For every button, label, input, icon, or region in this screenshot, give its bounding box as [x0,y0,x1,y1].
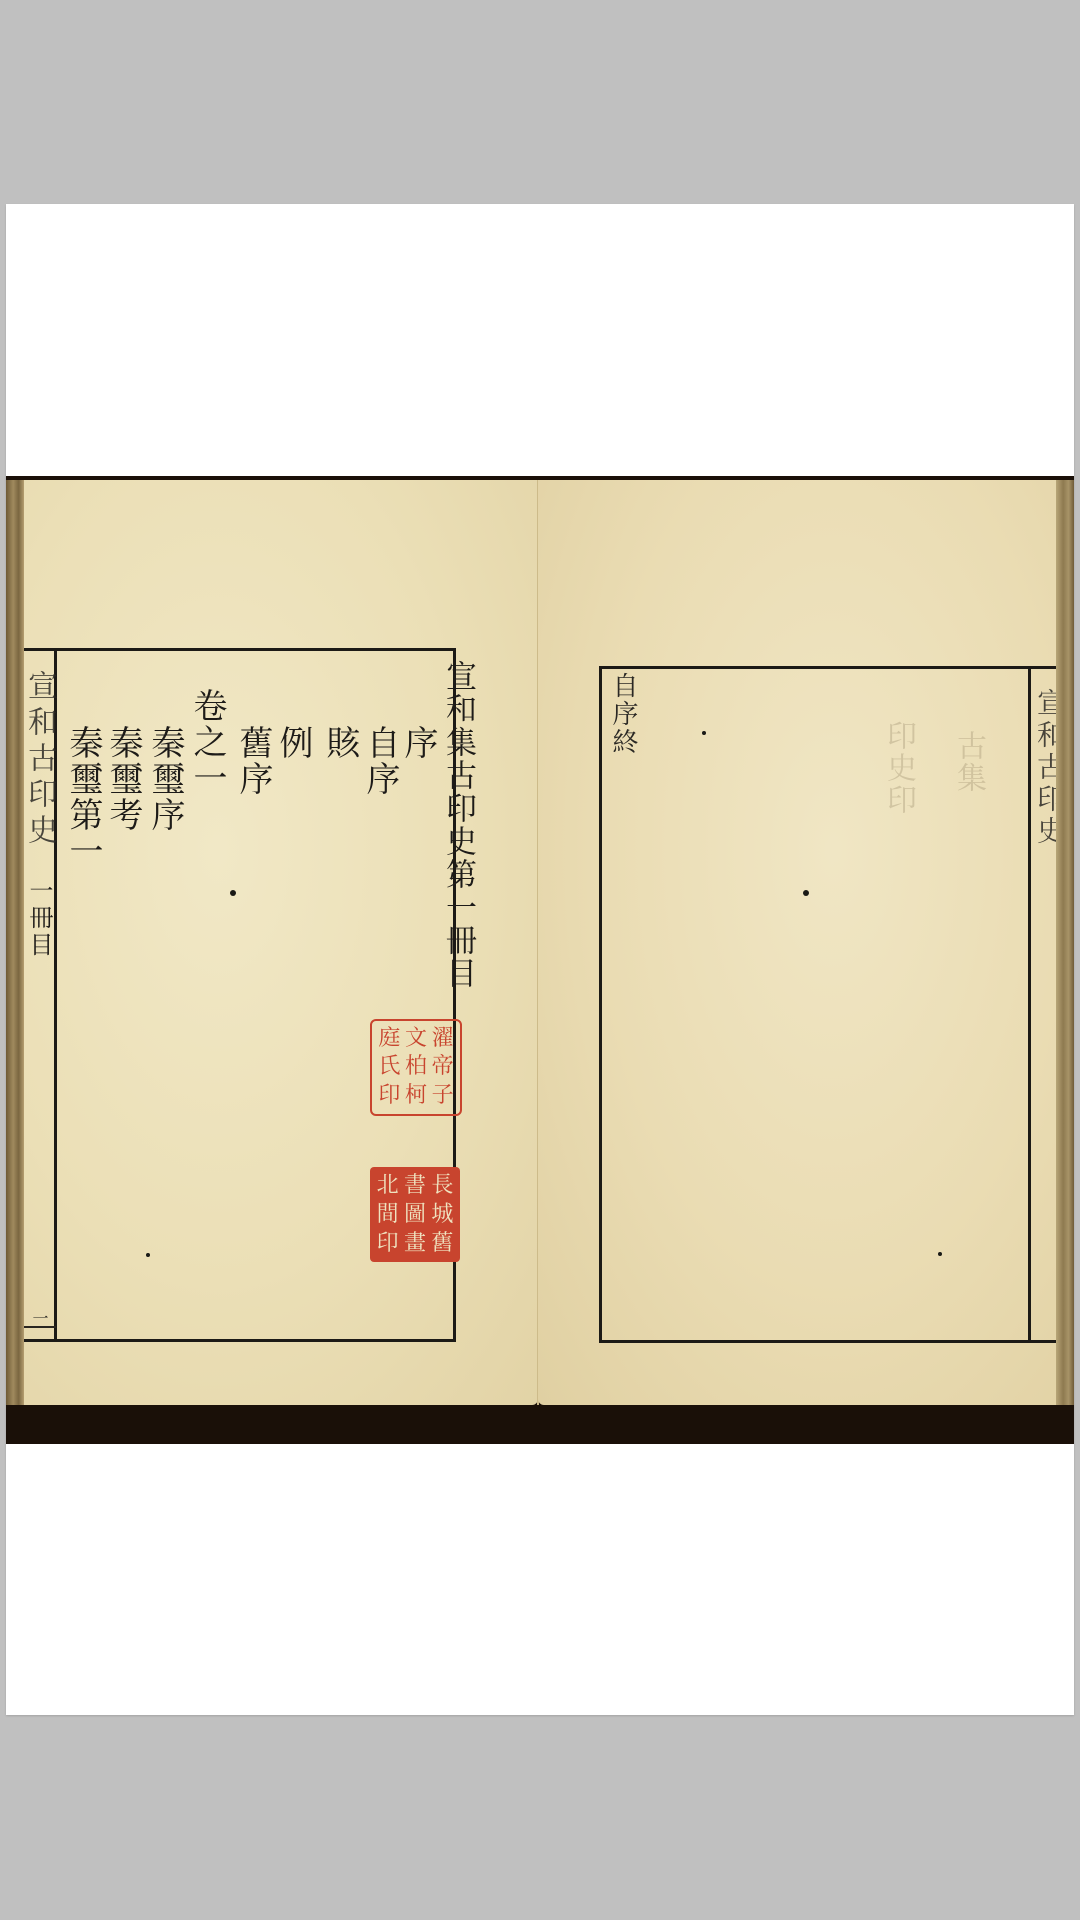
toc-item-conventions: 例 [273,725,313,761]
toc-item-preface: 序 [398,725,438,761]
seal-char: 城 [429,1200,456,1229]
self-preface-end-note: 自序終 [608,672,638,756]
ink-speck [803,890,809,896]
left-page: 宣和古印史 一冊目 一 宣和集古印史第一冊目 序 自序 賅 例 舊序 卷之一 秦… [6,480,538,1405]
collector-seal-intaglio: 長 城 舊 書 圖 畫 北 間 印 [370,1167,460,1262]
toc-item-postscript: 賅 [320,725,360,761]
seal-char: 子 [429,1082,456,1110]
seal-char: 庭 [376,1025,403,1053]
seal-char: 北 [374,1171,401,1200]
seal-char: 文 [403,1025,430,1053]
seal-char: 間 [374,1200,401,1229]
seal-char: 柏 [403,1053,430,1081]
ink-speck [146,1253,150,1257]
toc-item-qin-seal-first: 秦璽第一 [63,725,103,869]
ink-speck [938,1252,942,1256]
right-page-margin-rule [1028,668,1031,1341]
bleed-through-text: 古集 [948,730,988,794]
seal-char: 濯 [429,1025,456,1053]
seal-char: 氏 [376,1053,403,1081]
book-scan-image: 宣和古印史 一冊目 一 宣和集古印史第一冊目 序 自序 賅 例 舊序 卷之一 秦… [6,476,1074,1444]
seal-char: 印 [374,1229,401,1258]
toc-item-old-preface: 舊序 [233,725,273,797]
seal-char: 印 [376,1082,403,1110]
seal-char: 畫 [401,1229,428,1258]
bleed-through-text: 印史印 [878,720,918,816]
margin-book-title: 宣和古印史 [22,670,56,850]
seal-char: 書 [401,1171,428,1200]
seal-char: 長 [429,1171,456,1200]
right-page: 印史印 古集 自序終 宣和古印史 [538,480,1074,1405]
seal-char: 柯 [403,1082,430,1110]
right-page-edges [1056,480,1074,1405]
toc-item-self-preface: 自序 [360,725,400,797]
margin-volume-label: 一冊目 [26,878,52,959]
ink-speck [702,731,706,735]
right-page-frame [599,666,1059,1343]
seal-char: 圖 [401,1200,428,1229]
ink-speck [230,890,236,896]
margin-page-number: 一 [26,1310,52,1329]
left-page-edges [6,480,24,1405]
toc-item-volume-one: 卷之一 [187,688,227,796]
seal-char: 帝 [429,1053,456,1081]
toc-title: 宣和集古印史第一冊目 [440,660,476,990]
collector-seal-relief: 濯 帝 子 文 柏 柯 庭 氏 印 [370,1019,462,1116]
toc-item-qin-seal-preface: 秦璽序 [145,725,185,833]
toc-item-qin-seal-study: 秦璽考 [103,725,143,833]
seal-char: 舊 [429,1229,456,1258]
